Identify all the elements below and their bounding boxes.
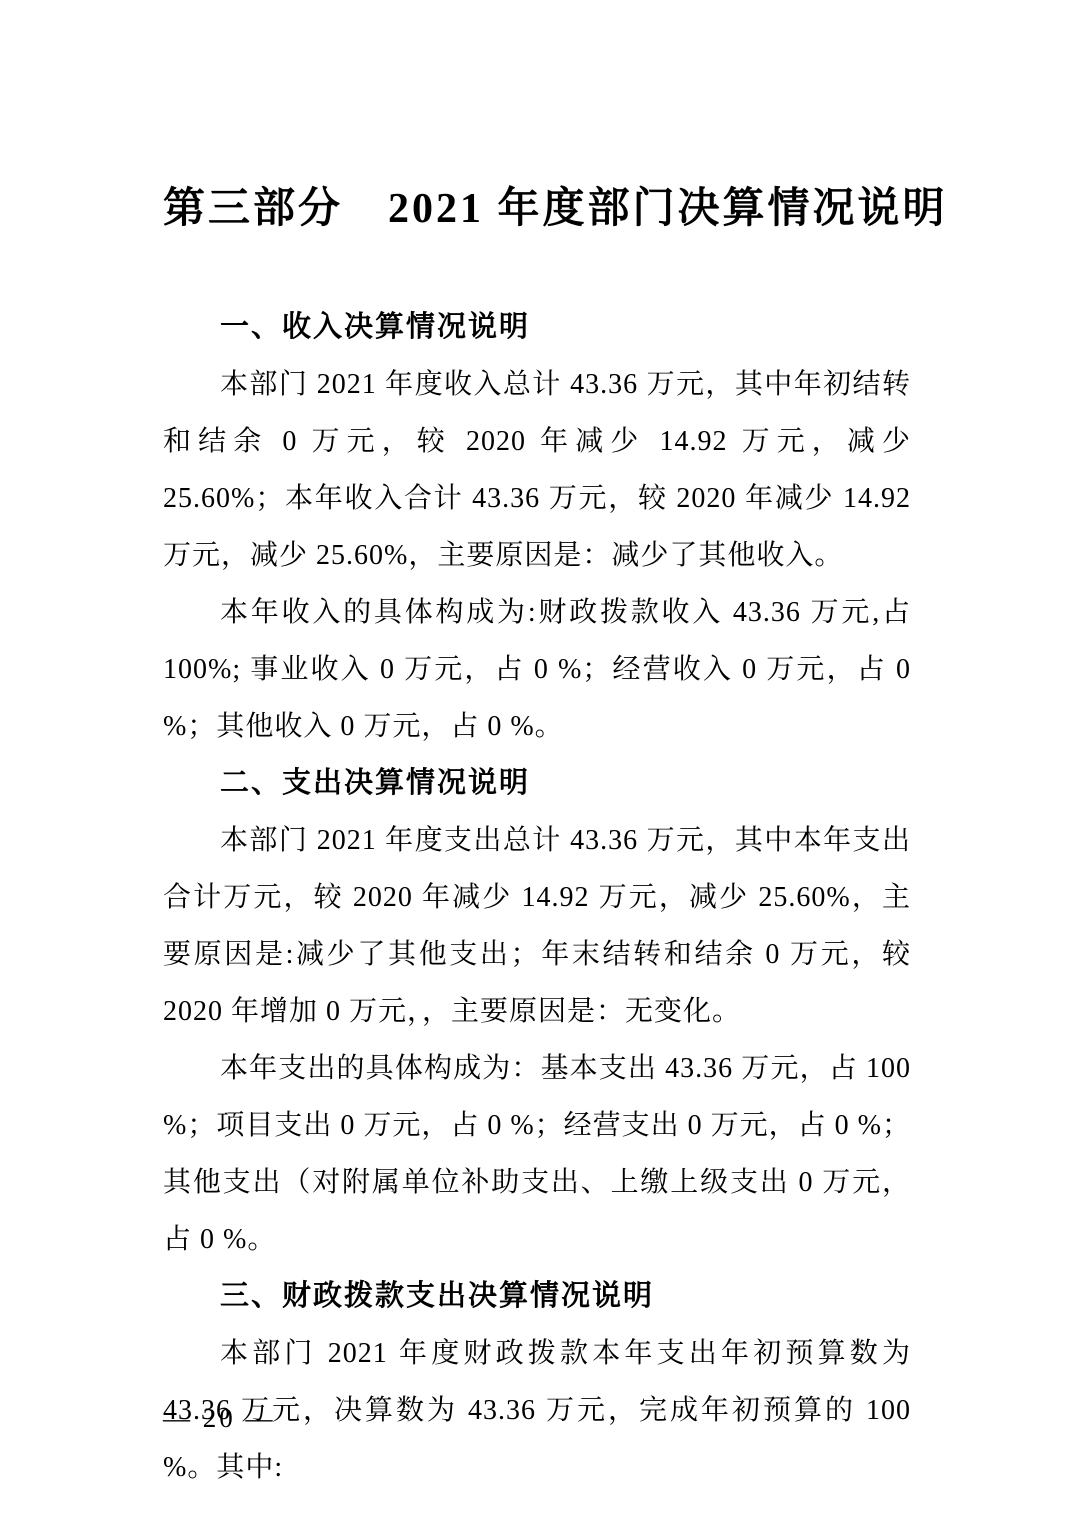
document-title: 第三部分 2021 年度部门决算情况说明 bbox=[163, 184, 911, 234]
paragraph-income-composition: 本年收入的具体构成为:财政拨款收入 43.36 万元,占 100%; 事业收入 … bbox=[163, 584, 911, 755]
page-number: — 20 — bbox=[163, 1403, 276, 1434]
paragraph-income-summary: 本部门 2021 年度收入总计 43.36 万元，其中年初结转和结余 0 万元，… bbox=[163, 356, 911, 584]
paragraph-expenditure-composition: 本年支出的具体构成为：基本支出 43.36 万元，占 100 %；项目支出 0 … bbox=[163, 1040, 911, 1268]
document-body: 一、收入决算情况说明 本部门 2021 年度收入总计 43.36 万元，其中年初… bbox=[163, 299, 911, 1496]
paragraph-expenditure-summary: 本部门 2021 年度支出总计 43.36 万元，其中本年支出合计万元，较 20… bbox=[163, 812, 911, 1040]
section-heading-fiscal-appropriation: 三、财政拨款支出决算情况说明 bbox=[163, 1268, 911, 1325]
section-heading-expenditure: 二、支出决算情况说明 bbox=[163, 755, 911, 812]
section-heading-income: 一、收入决算情况说明 bbox=[163, 299, 911, 356]
document-page: 第三部分 2021 年度部门决算情况说明 一、收入决算情况说明 本部门 2021… bbox=[0, 0, 1074, 1520]
